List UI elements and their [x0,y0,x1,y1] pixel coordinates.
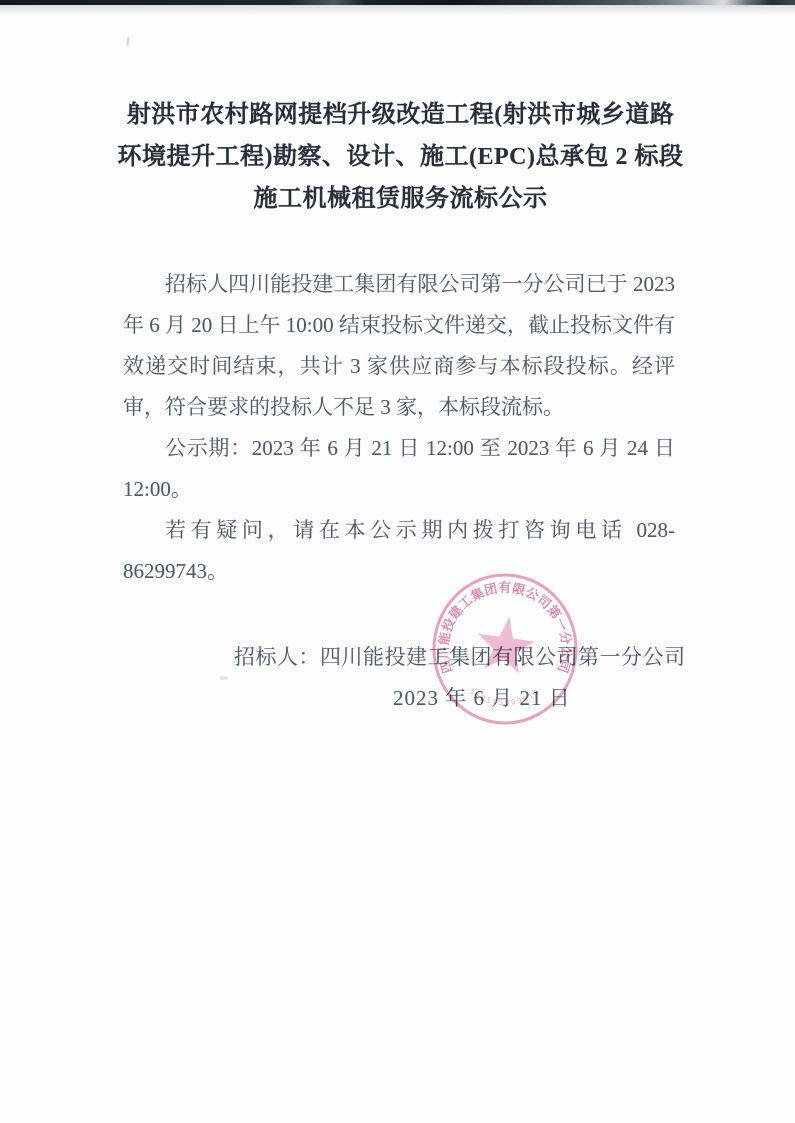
paragraph-publicity-period: 公示期：2023 年 6 月 21 日 12:00 至 2023 年 6 月 2… [123,428,675,510]
title-line-1: 射洪市农村路网提档升级改造工程(射洪市城乡道路 [6,94,795,136]
stamp-serial-number-text: 510115000615 [468,687,542,707]
paragraph-bid-result: 招标人四川能投建工集团有限公司第一分公司已于 2023 年 6 月 20 日上午… [123,264,675,428]
scanned-notice-page: 射洪市农村路网提档升级改造工程(射洪市城乡道路 环境提升工程)勘察、设计、施工(… [0,0,795,1123]
star-icon [473,613,537,675]
notice-body: 招标人四川能投建工集团有限公司第一分公司已于 2023 年 6 月 20 日上午… [123,264,675,592]
company-seal-stamp: 四川能投建工集团有限公司第一分公司 510115000615 [430,572,580,730]
title-line-3: 施工机械租赁服务流标公示 [6,178,795,220]
scan-artifact-top-edge [0,0,795,5]
title-line-2: 环境提升工程)勘察、设计、施工(EPC)总承包 2 标段 [6,136,795,178]
stamp-serial-number-arc: 510115000615 [468,687,542,707]
scan-speck [126,37,129,46]
notice-title: 射洪市农村路网提档升级改造工程(射洪市城乡道路 环境提升工程)勘察、设计、施工(… [6,94,795,220]
scan-smudge [219,676,228,680]
paragraph-contact-phone: 若有疑问，请在本公示期内拨打咨询电话 028-86299743。 [123,510,675,592]
